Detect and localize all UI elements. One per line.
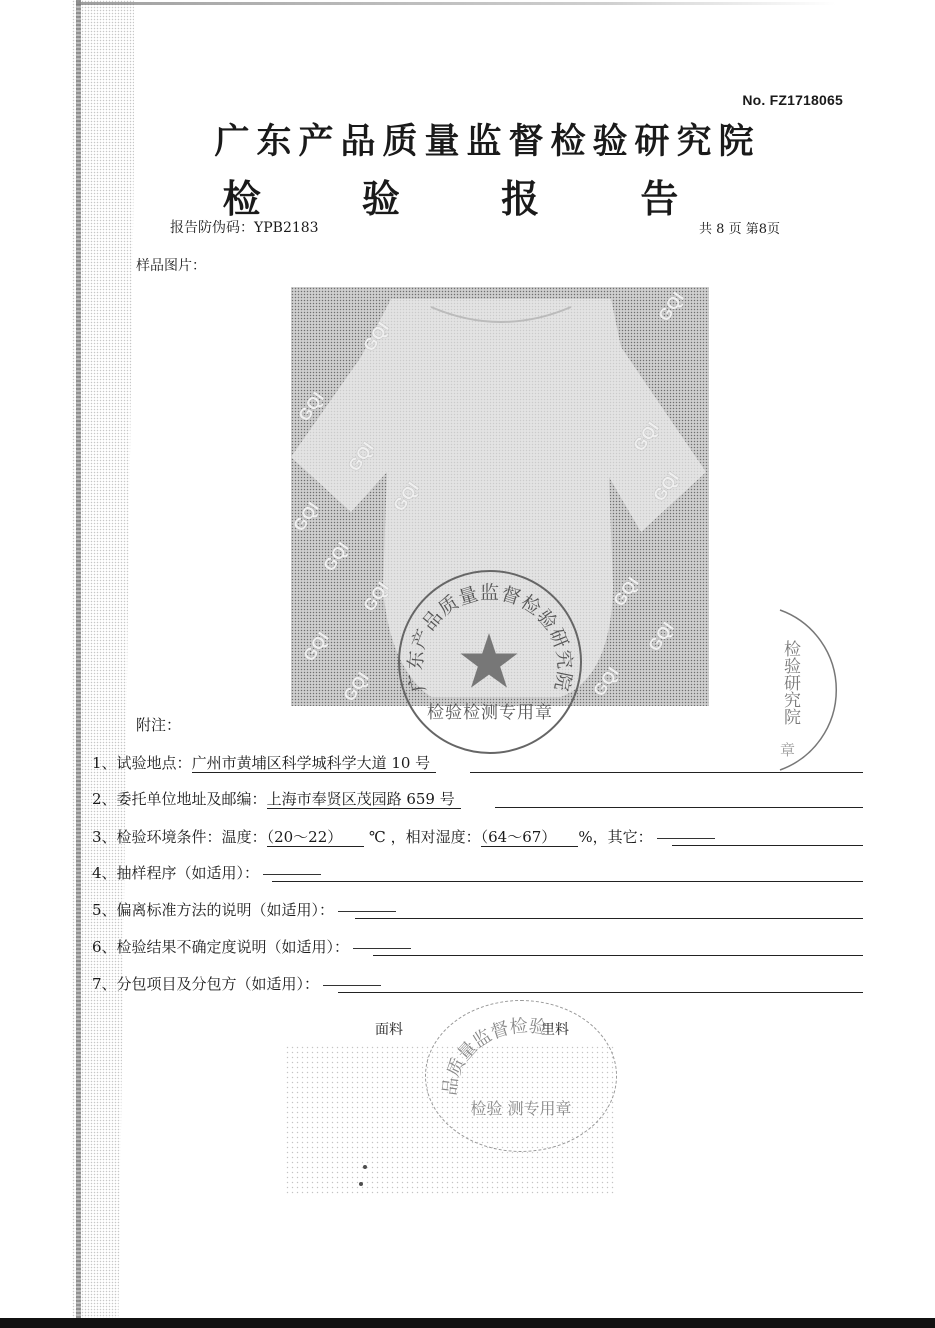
underline — [495, 807, 863, 808]
note-value: 广州市黄埔区科学城科学大道 10 号 — [192, 754, 437, 773]
note-test-location: 1、试验地点：广州市黄埔区科学城科学大道 10 号 — [92, 752, 436, 778]
temperature-unit: ℃ — [369, 828, 386, 846]
seal-bottom-text: 检验检测专用章 — [400, 698, 580, 723]
other-value-dash — [657, 838, 715, 839]
other-label: 其它： — [608, 828, 653, 846]
anti-counterfeit-code: 报告防伪码：YPB2183 — [170, 217, 319, 237]
note-value: 上海市奉贤区茂园路 659 号 — [267, 790, 461, 809]
underline — [355, 918, 863, 919]
note-number: 3、 — [92, 828, 117, 846]
note-value-dash — [353, 948, 411, 949]
svg-text:品质量监督检验: 品质量监督检验 — [439, 1016, 548, 1097]
star-icon — [458, 630, 520, 692]
humidity-value: （64～67） — [481, 828, 579, 847]
organization-title: 广东产品质量监督检验研究院 — [0, 114, 935, 164]
note-uncertainty: 6、检验结果不确定度说明（如适用）： — [92, 936, 415, 962]
note-environment: 3、检验环境条件：温度：（20～22） ℃ ，相对湿度：（64～67）%，其它： — [92, 826, 719, 852]
anti-counterfeit-label: 报告防伪码： — [170, 220, 254, 236]
note-value-dash — [338, 911, 396, 912]
note-label: 试验地点： — [117, 754, 192, 772]
scan-bottom-edge — [0, 1318, 935, 1328]
note-label: 检验环境条件： — [117, 828, 222, 846]
temperature-label: 温度： — [222, 828, 267, 846]
underline — [672, 845, 863, 846]
note-label: 分包项目及分包方（如适用）： — [117, 975, 320, 993]
note-number: 6、 — [92, 938, 117, 956]
temperature-value: （20～22） — [267, 828, 365, 847]
note-label: 委托单位地址及邮编： — [117, 790, 267, 808]
note-number: 5、 — [92, 901, 117, 919]
swatch-mark — [363, 1165, 367, 1169]
seal-bottom-text: 检验 测专用章 — [426, 1096, 616, 1119]
notes-label: 附注： — [136, 714, 181, 735]
underline — [338, 992, 863, 993]
faint-seal-lower: 品质量监督检验 检验 测专用章 — [425, 1000, 617, 1152]
note-deviation: 5、偏离标准方法的说明（如适用）： — [92, 899, 400, 925]
swatch-mark — [359, 1182, 363, 1186]
seal-arc: 检验研究院 章 — [760, 605, 852, 775]
seal-arc-text: 检验研究院 — [780, 640, 801, 725]
note-sampling: 4、抽样程序（如适用）： — [92, 862, 325, 888]
document-title: 检 验 报 告 — [0, 168, 935, 223]
note-value-dash — [323, 985, 381, 986]
underline — [470, 772, 863, 773]
report-number: No. FZ1718065 — [742, 92, 843, 108]
fabric-face-label: 面料 — [375, 1019, 403, 1039]
underline — [272, 881, 863, 882]
official-seal: 广东产品质量监督检验研究院 检验检测专用章 — [398, 570, 582, 754]
page-info: 共 8 页 第8页 — [699, 218, 780, 237]
note-value-dash — [263, 874, 321, 875]
note-number: 7、 — [92, 975, 117, 993]
seal-arc: 品质量监督检验 — [426, 1001, 616, 1151]
note-subcontract: 7、分包项目及分包方（如适用）： — [92, 973, 385, 999]
note-label: 偏离标准方法的说明（如适用）： — [117, 901, 335, 919]
note-label: 抽样程序（如适用）： — [117, 864, 260, 882]
seal-arc-text: 品质量监督检验 — [439, 1016, 548, 1097]
note-client-address: 2、委托单位地址及邮编：上海市奉贤区茂园路 659 号 — [92, 788, 461, 814]
humidity-label: ，相对湿度： — [391, 828, 481, 846]
note-number: 2、 — [92, 790, 117, 808]
seal-bottom-text: 章 — [780, 741, 795, 759]
note-label: 检验结果不确定度说明（如适用）： — [117, 938, 350, 956]
anti-counterfeit-value: YPB2183 — [254, 220, 319, 236]
note-number: 4、 — [92, 864, 117, 882]
partial-seal-right: 检验研究院 章 — [760, 605, 852, 775]
sample-photo-label: 样品图片： — [136, 255, 206, 275]
humidity-unit: %， — [578, 828, 607, 846]
scan-top-edge — [76, 2, 836, 5]
note-number: 1、 — [92, 754, 117, 772]
underline — [373, 955, 863, 956]
